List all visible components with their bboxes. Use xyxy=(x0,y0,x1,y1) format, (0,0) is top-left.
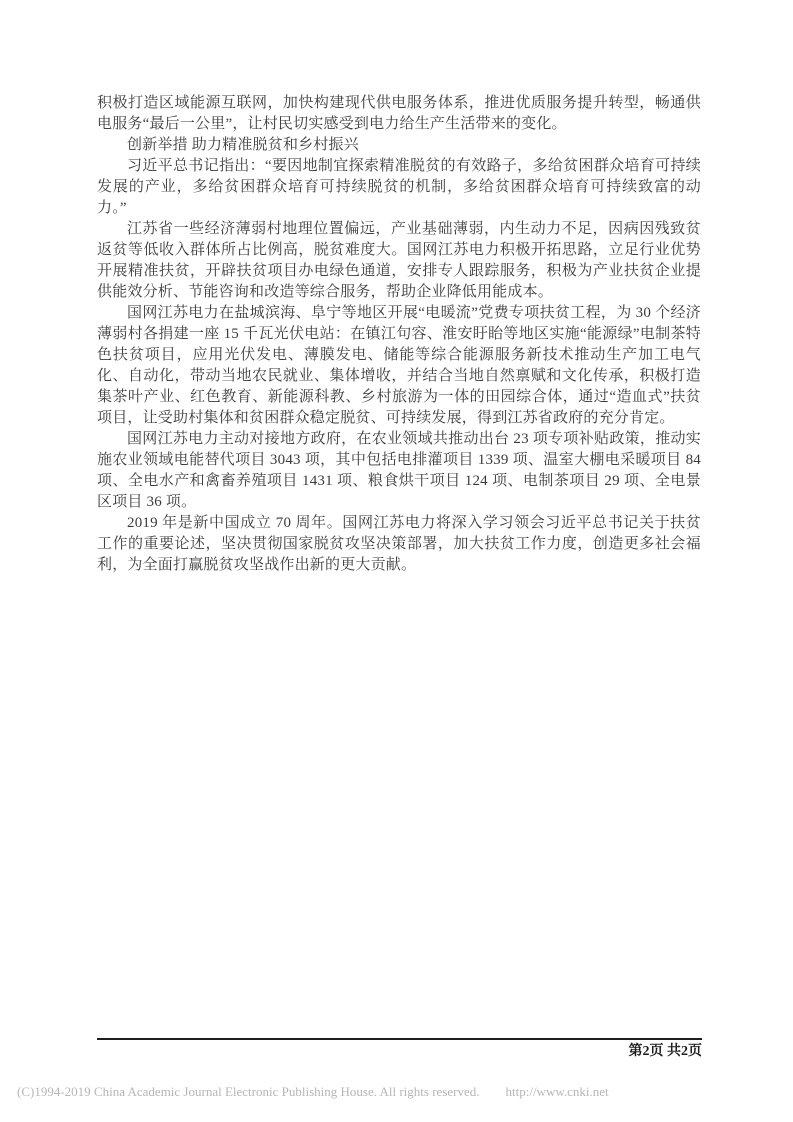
body-paragraph: 国网江苏电力主动对接地方政府，在农业领域共推动出台 23 项专项补贴政策，推动实… xyxy=(97,429,701,513)
body-paragraph-continuation: 积极打造区域能源互联网，加快构建现代供电服务体系，推进优质服务提升转型，畅通供电… xyxy=(97,93,701,135)
cnki-url: http://www.cnki.net xyxy=(506,1084,609,1099)
article-body: 积极打造区域能源互联网，加快构建现代供电服务体系，推进优质服务提升转型，畅通供电… xyxy=(97,93,701,576)
footer-divider xyxy=(97,1038,702,1040)
copyright-text: (C)1994-2019 China Academic Journal Elec… xyxy=(17,1084,480,1099)
document-page: 积极打造区域能源互联网，加快构建现代供电服务体系，推进优质服务提升转型，畅通供电… xyxy=(0,0,793,1122)
section-heading: 创新举措 助力精准脱贫和乡村振兴 xyxy=(97,135,701,156)
body-paragraph-quote: 习近平总书记指出：“要因地制宜探索精准脱贫的有效路子，多给贫困群众培育可持续发展… xyxy=(97,156,701,219)
body-paragraph: 2019 年是新中国成立 70 周年。国网江苏电力将深入学习领会习近平总书记关于… xyxy=(97,513,701,576)
body-paragraph: 江苏省一些经济薄弱村地理位置偏远，产业基础薄弱，内生动力不足，因病因残致贫返贫等… xyxy=(97,219,701,303)
page-number-label: 第2页 共2页 xyxy=(97,1043,702,1061)
copyright-notice: (C)1994-2019 China Academic Journal Elec… xyxy=(17,1084,777,1100)
body-paragraph: 国网江苏电力在盐城滨海、阜宁等地区开展“电暖流”党费专项扶贫工程，为 30 个经… xyxy=(97,303,701,429)
